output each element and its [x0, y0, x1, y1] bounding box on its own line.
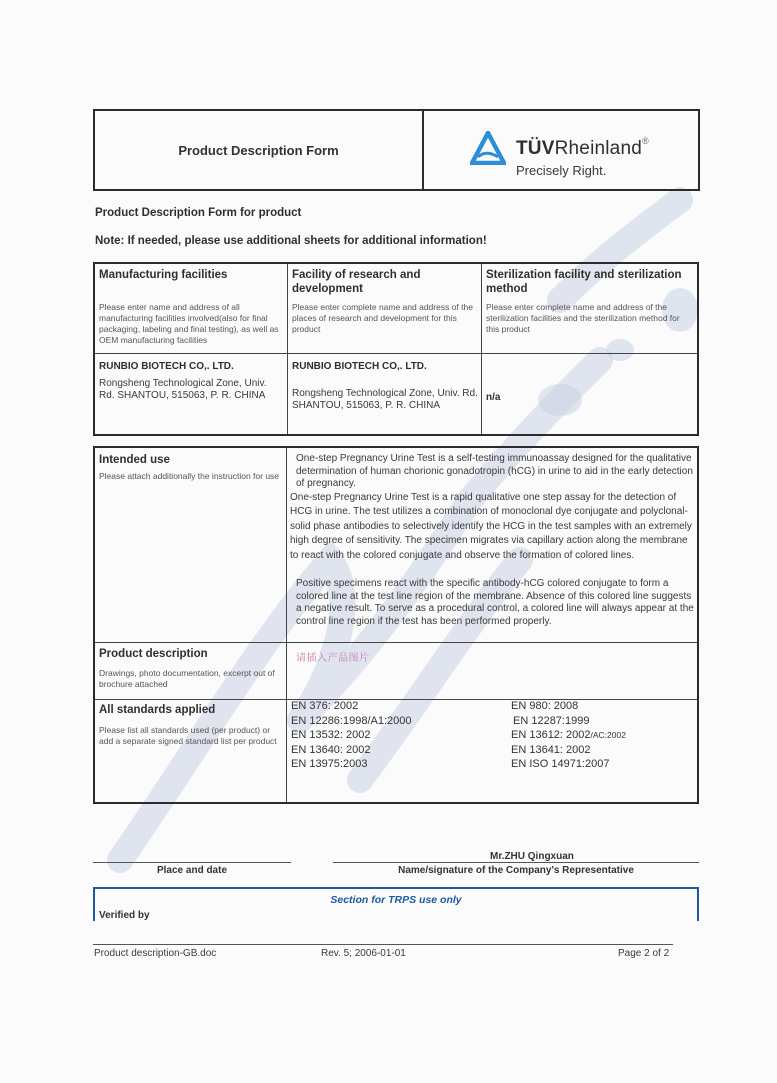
- standard-item: EN 13532: 2002: [291, 728, 412, 743]
- intended-use-paragraph-3: Positive specimens react with the specif…: [296, 578, 696, 628]
- standards-list-right: EN 980: 2008 EN 12287:1999 EN 13612: 200…: [511, 699, 626, 772]
- place-date-line: [93, 862, 291, 863]
- brand-slogan: Precisely Right.: [516, 163, 606, 178]
- trps-section: Section for TRPS use only Verified by: [93, 887, 699, 921]
- intended-use-paragraph-1: One-step Pregnancy Urine Test is a self-…: [296, 453, 696, 491]
- sterilization-facility-cell: Sterilization facility and sterilization…: [481, 264, 697, 434]
- standard-item: EN 12286:1998/A1:2000: [291, 714, 412, 729]
- cell-hint: Please enter complete name and address o…: [292, 302, 478, 335]
- cell-hint: Please enter complete name and address o…: [486, 302, 693, 335]
- footer-divider: [93, 944, 673, 945]
- sterilization-value: n/a: [486, 392, 500, 403]
- standards-label: All standards applied: [99, 704, 215, 716]
- company-address: Rongsheng Technological Zone, Univ. Rd. …: [99, 378, 283, 402]
- form-note: Note: If needed, please use additional s…: [95, 235, 487, 247]
- company-name: RUNBIO BIOTECH CO,. LTD.: [292, 361, 427, 372]
- representative-name: Mr.ZHU Qingxuan: [490, 851, 574, 862]
- footer-filename: Product description-GB.doc: [94, 948, 216, 959]
- product-image-placeholder: 请插入产品图片: [296, 649, 370, 664]
- cell-title: Sterilization facility and sterilization…: [486, 268, 693, 296]
- footer-page-number: Page 2 of 2: [618, 948, 669, 959]
- form-title: Product Description Form: [95, 111, 424, 189]
- company-address: Rongsheng Technological Zone, Univ. Rd. …: [292, 388, 478, 412]
- row-divider: [95, 642, 697, 643]
- standard-item: EN 13641: 2002: [511, 743, 626, 758]
- manufacturing-facilities-cell: Manufacturing facilities Please enter na…: [95, 264, 287, 434]
- cell-title: Facility of research and development: [292, 268, 478, 296]
- cell-title: Manufacturing facilities: [99, 268, 283, 282]
- representative-signature-line: [333, 862, 699, 863]
- product-description-label: Product description: [99, 648, 208, 660]
- representative-label: Name/signature of the Company's Represen…: [333, 865, 699, 876]
- footer-revision: Rev. 5; 2006-01-01: [321, 948, 406, 959]
- standard-item: EN 13640: 2002: [291, 743, 412, 758]
- header-box: Product Description Form TÜVRheinland® P…: [93, 109, 700, 191]
- standards-list-left: EN 376: 2002 EN 12286:1998/A1:2000 EN 13…: [291, 699, 412, 772]
- standard-item: EN ISO 14971:2007: [511, 757, 626, 772]
- tuv-triangle-logo-icon: [470, 131, 506, 165]
- intended-use-label: Intended use: [99, 454, 170, 466]
- standard-item: EN 980: 2008: [511, 699, 626, 714]
- product-info-table: Intended use Please attach additionally …: [93, 446, 699, 804]
- standards-hint: Please list all standards used (per prod…: [99, 725, 281, 747]
- standard-item: EN 13975:2003: [291, 757, 412, 772]
- intended-use-paragraph-2: One-step Pregnancy Urine Test is a rapid…: [290, 491, 696, 563]
- form-subtitle: Product Description Form for product: [95, 207, 301, 219]
- verified-by-label: Verified by: [99, 910, 150, 921]
- company-name: RUNBIO BIOTECH CO,. LTD.: [99, 361, 234, 372]
- place-date-label: Place and date: [93, 865, 291, 876]
- standard-item: EN 13612: 2002/AC:2002: [511, 728, 626, 743]
- research-facility-cell: Facility of research and development Ple…: [287, 264, 482, 434]
- cell-hint: Please enter name and address of all man…: [99, 302, 283, 346]
- facilities-table: Manufacturing facilities Please enter na…: [93, 262, 699, 436]
- column-divider: [286, 448, 287, 802]
- product-description-hint: Drawings, photo documentation, excerpt o…: [99, 668, 281, 690]
- trps-title: Section for TRPS use only: [95, 894, 697, 906]
- brand-name: TÜVRheinland®: [516, 138, 649, 160]
- standard-item: EN 12287:1999: [511, 714, 626, 729]
- brand-block: TÜVRheinland® Precisely Right.: [424, 111, 698, 189]
- intended-use-hint: Please attach additionally the instructi…: [99, 471, 281, 482]
- standard-item: EN 376: 2002: [291, 699, 412, 714]
